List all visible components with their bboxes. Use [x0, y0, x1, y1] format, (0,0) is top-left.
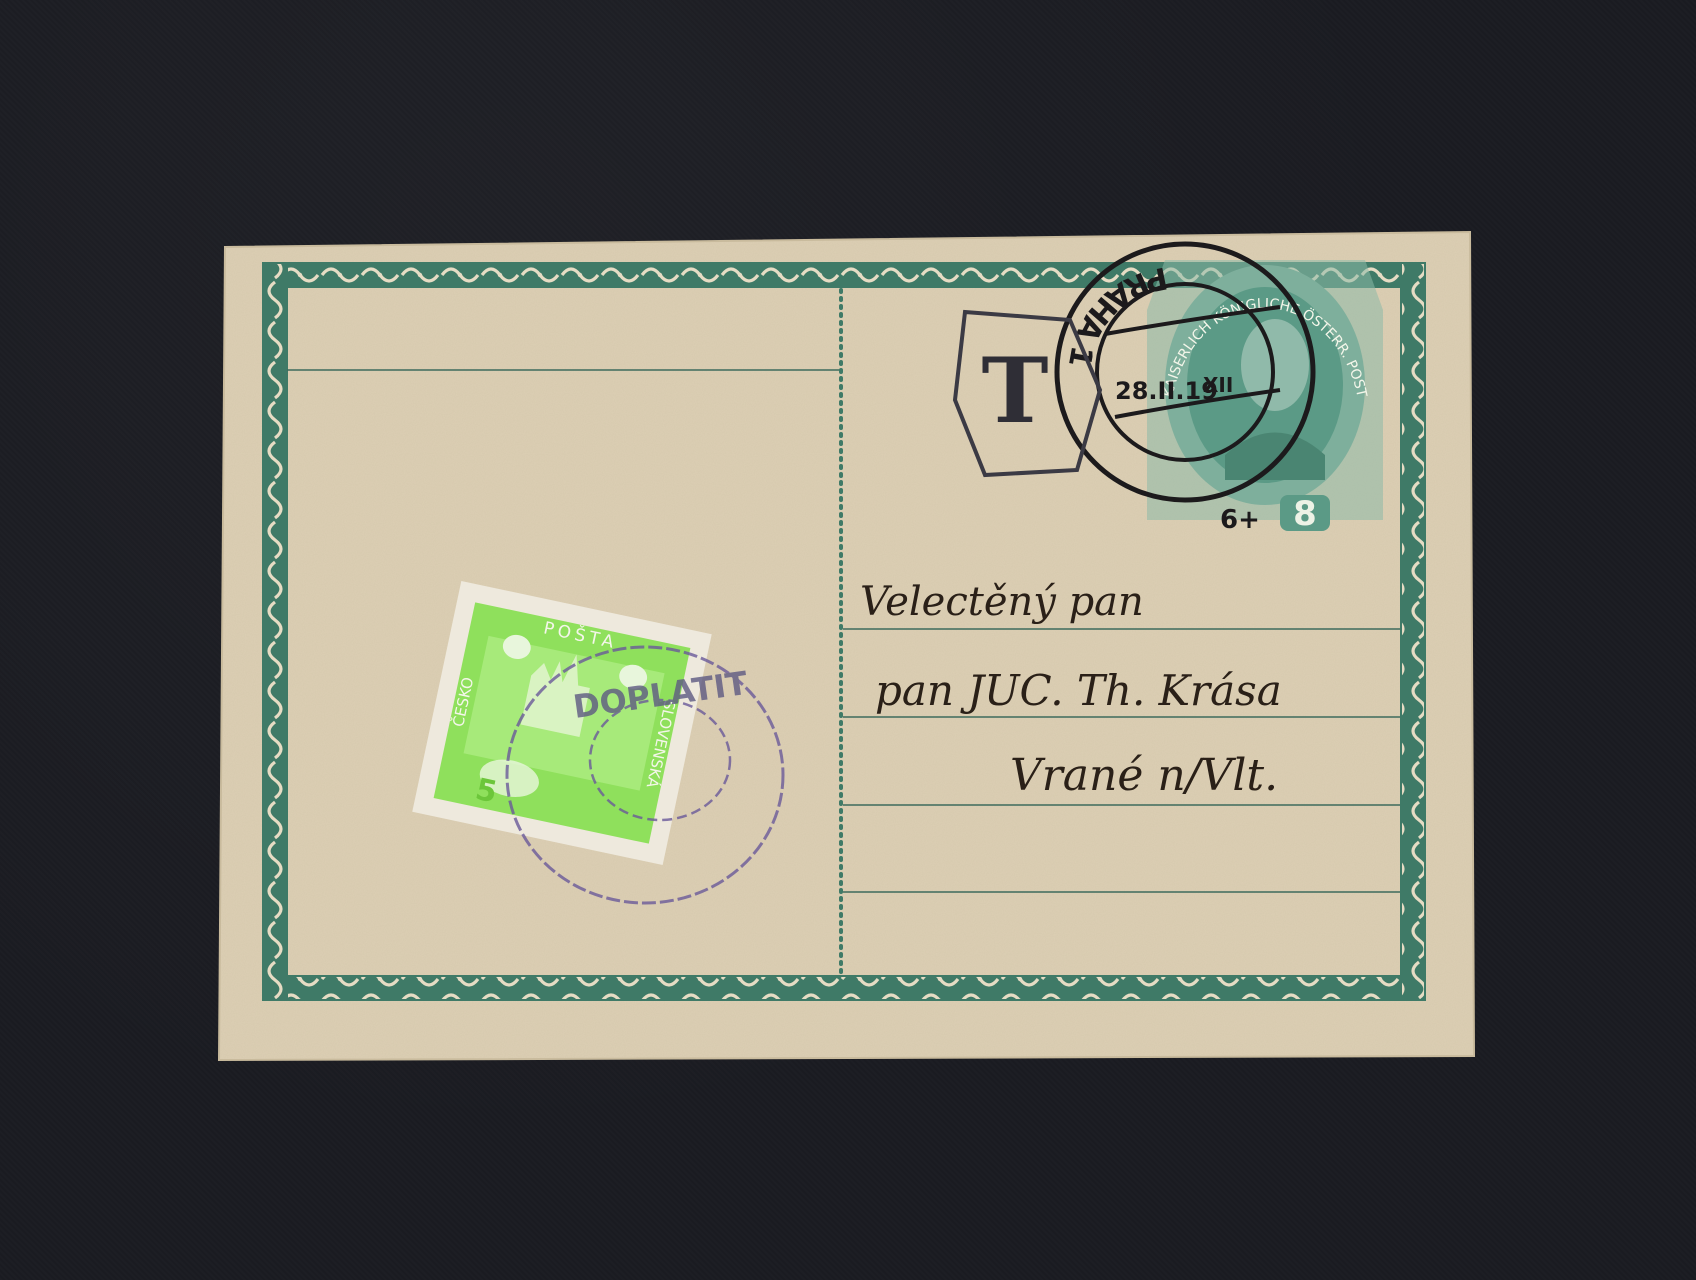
address-line-3: Vrané n/Vlt.	[1010, 750, 1278, 801]
postmark-suffix: 6+	[1220, 505, 1260, 535]
indicia-value: 8	[1293, 494, 1317, 534]
svg-text:T: T	[982, 338, 1049, 444]
address-line-2: pan JUC. Th. Krása	[875, 666, 1282, 715]
postcard-photo: KAISERLICH KÖNIGLICHE ÖSTERR. POST 8 PRA…	[0, 0, 1696, 1280]
postmark-time: XII	[1203, 373, 1233, 397]
address-line-1: Velectěný pan	[860, 579, 1144, 625]
